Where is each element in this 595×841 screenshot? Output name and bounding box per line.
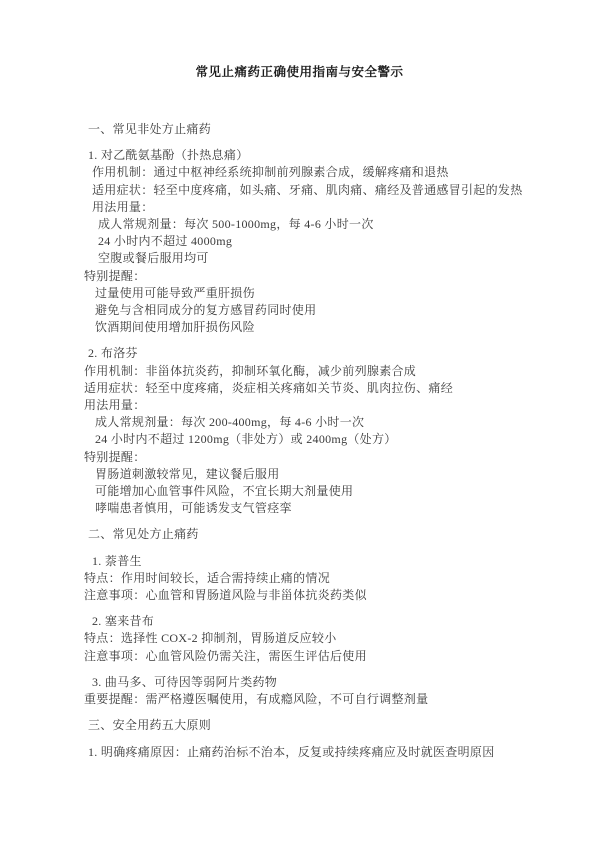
doc-line: 用法用量：: [84, 199, 515, 216]
doc-line: 24 小时内不超过 1200mg（非处方）或 2400mg（处方）: [84, 431, 515, 448]
doc-line: 特别提醒：: [84, 268, 515, 285]
doc-line: 特别提醒：: [84, 449, 515, 466]
doc-line: 三、安全用药五大原则: [84, 717, 515, 734]
paragraph-gap: [84, 544, 515, 553]
doc-line: 重要提醒：需严格遵医嘱使用，有成瘾风险，不可自行调整剂量: [84, 691, 515, 708]
doc-line: 24 小时内不超过 4000mg: [84, 233, 515, 250]
doc-line: 2. 塞来昔布: [84, 613, 515, 630]
doc-line: 避免与含相同成分的复方感冒药同时使用: [84, 302, 515, 319]
document-body: 一、常见非处方止痛药1. 对乙酰氨基酚（扑热息痛）作用机制：通过中枢神经系统抑制…: [84, 121, 515, 761]
doc-line: 胃肠道刺激较常见，建议餐后服用: [84, 466, 515, 483]
doc-line: 3. 曲马多、可待因等弱阿片类药物: [84, 674, 515, 691]
doc-line: 过量使用可能导致严重肝损伤: [84, 285, 515, 302]
doc-line: 2. 布洛芬: [84, 345, 515, 362]
doc-line: 成人常规剂量：每次 500-1000mg，每 4-6 小时一次: [84, 216, 515, 233]
paragraph-gap: [84, 336, 515, 345]
doc-line: 一、常见非处方止痛药: [84, 121, 515, 138]
doc-line: 1. 明确疼痛原因：止痛药治标不治本，反复或持续疼痛应及时就医查明原因: [84, 744, 515, 761]
doc-line: 作用机制：通过中枢神经系统抑制前列腺素合成，缓解疼痛和退热: [84, 164, 515, 181]
doc-line: 特点：选择性 COX-2 抑制剂，胃肠道反应较小: [84, 630, 515, 647]
doc-line: 适用症状：轻至中度疼痛，如头痛、牙痛、肌肉痛、痛经及普通感冒引起的发热: [84, 182, 515, 199]
paragraph-gap: [84, 138, 515, 147]
doc-line: 空腹或餐后服用均可: [84, 250, 515, 267]
paragraph-gap: [84, 735, 515, 744]
doc-line: 1. 萘普生: [84, 553, 515, 570]
paragraph-gap: [84, 604, 515, 613]
doc-line: 适用症状：轻至中度疼痛，炎症相关疼痛如关节炎、肌肉拉伤、痛经: [84, 380, 515, 397]
doc-line: 作用机制：非甾体抗炎药，抑制环氧化酶，减少前列腺素合成: [84, 363, 515, 380]
doc-line: 二、常见处方止痛药: [84, 526, 515, 543]
doc-line: 1. 对乙酰氨基酚（扑热息痛）: [84, 147, 515, 164]
document-page: 常见止痛药正确使用指南与安全警示 一、常见非处方止痛药1. 对乙酰氨基酚（扑热息…: [0, 0, 595, 841]
doc-line: 饮酒期间使用增加肝损伤风险: [84, 319, 515, 336]
doc-line: 用法用量：: [84, 397, 515, 414]
doc-line: 特点：作用时间较长，适合需持续止痛的情况: [84, 570, 515, 587]
paragraph-gap: [84, 517, 515, 526]
doc-line: 注意事项：心血管风险仍需关注，需医生评估后使用: [84, 648, 515, 665]
doc-line: 哮喘患者慎用，可能诱发支气管痉挛: [84, 500, 515, 517]
doc-line: 注意事项：心血管和胃肠道风险与非甾体抗炎药类似: [84, 587, 515, 604]
document-content: 常见止痛药正确使用指南与安全警示 一、常见非处方止痛药1. 对乙酰氨基酚（扑热息…: [84, 63, 515, 761]
paragraph-gap: [84, 708, 515, 717]
doc-line: 成人常规剂量：每次 200-400mg，每 4-6 小时一次: [84, 414, 515, 431]
document-title: 常见止痛药正确使用指南与安全警示: [84, 63, 515, 81]
paragraph-gap: [84, 665, 515, 674]
doc-line: 可能增加心血管事件风险，不宜长期大剂量使用: [84, 483, 515, 500]
